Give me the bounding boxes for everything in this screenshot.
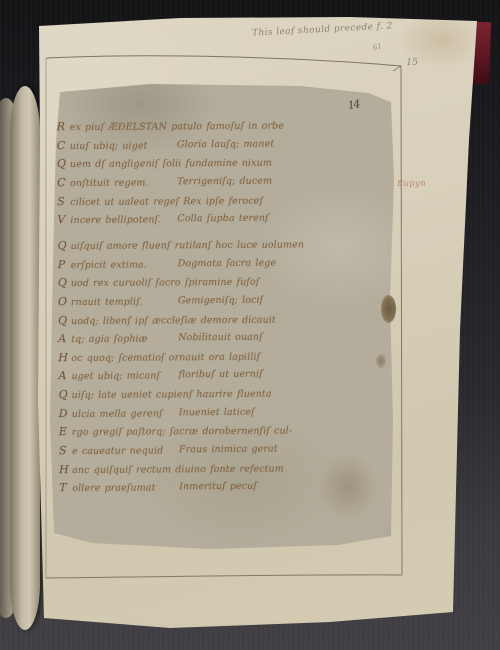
manuscript-text-line: Quiſq; late ueniet cupienſ haurire fluen…: [59, 386, 272, 403]
manuscript-text-line: Vincere bellipotenſ.Colla ſupba terenſ: [57, 212, 161, 229]
manuscript-text-line: Ornauit templiſ.Gemigeniſq; lociſ: [58, 293, 143, 310]
manuscript-text-line: Ergo gregiſ paſtorq; ſacræ dorobernenſiſ…: [59, 423, 292, 441]
leaf-number-ink: 14: [347, 98, 360, 112]
manuscript-text-line: Se caueatur nequidFraus inimica gerat: [59, 442, 163, 459]
manuscript-text: Rex piuſ ÆĐELSTAN patulo famoſuſ in orbe…: [57, 117, 388, 499]
manuscript-text-line: Quiſquiſ amore fluenſ rutilanſ hoc luce …: [58, 236, 305, 254]
manuscript-text-line: Tollere praeſumatInmerituſ pecuſ: [59, 480, 155, 497]
manuscript-text-line: Scilicet ut ualeat regeſ Rex ipſe feroce…: [57, 192, 263, 209]
marginal-red-note: Eupyn: [397, 179, 426, 189]
manuscript-text-line: Cuiuſ ubiq; uigetGloria lauſq; manet: [57, 137, 148, 154]
manuscript-text-line: Dulcia mella gerenſInueniet laticeſ: [59, 405, 163, 422]
manuscript-text-line: Perſpicit extima.Dogmata ſacra lege: [58, 256, 147, 273]
manuscript-text-line: Auget ubiq; micanſfloribuſ ut uerniſ: [58, 368, 160, 385]
manuscript-text-line: Conſtituit regem.Terrigeniſq; ducem: [57, 174, 149, 191]
manuscript-text-line: Quod rex curuoliſ ſacro ſpiramine fuſoſ: [58, 274, 260, 291]
page-stack-edge-inner: [10, 86, 40, 630]
manuscript-text-line: Quem dſ angligeniſ ſolii fundamine nixum: [57, 155, 272, 173]
folio-number-pencil: 15: [406, 57, 419, 69]
manuscript-text-line: Hanc quiſquiſ rectum diuino fonte refect…: [59, 460, 284, 478]
manuscript-text-line: Hoc quoq; ſcematioſ ornauit ora lapilliſ: [58, 349, 260, 366]
manuscript-text-line: Atq; agia ſophiæNobilitauit ouanſ: [58, 331, 148, 348]
manuscript-text-line: Rex piuſ ÆĐELSTAN patulo famoſuſ in orbe: [57, 118, 284, 136]
manuscript-text-line: Quodq; libenſ ipſ æccleſiæ demore dicaui…: [58, 311, 276, 329]
